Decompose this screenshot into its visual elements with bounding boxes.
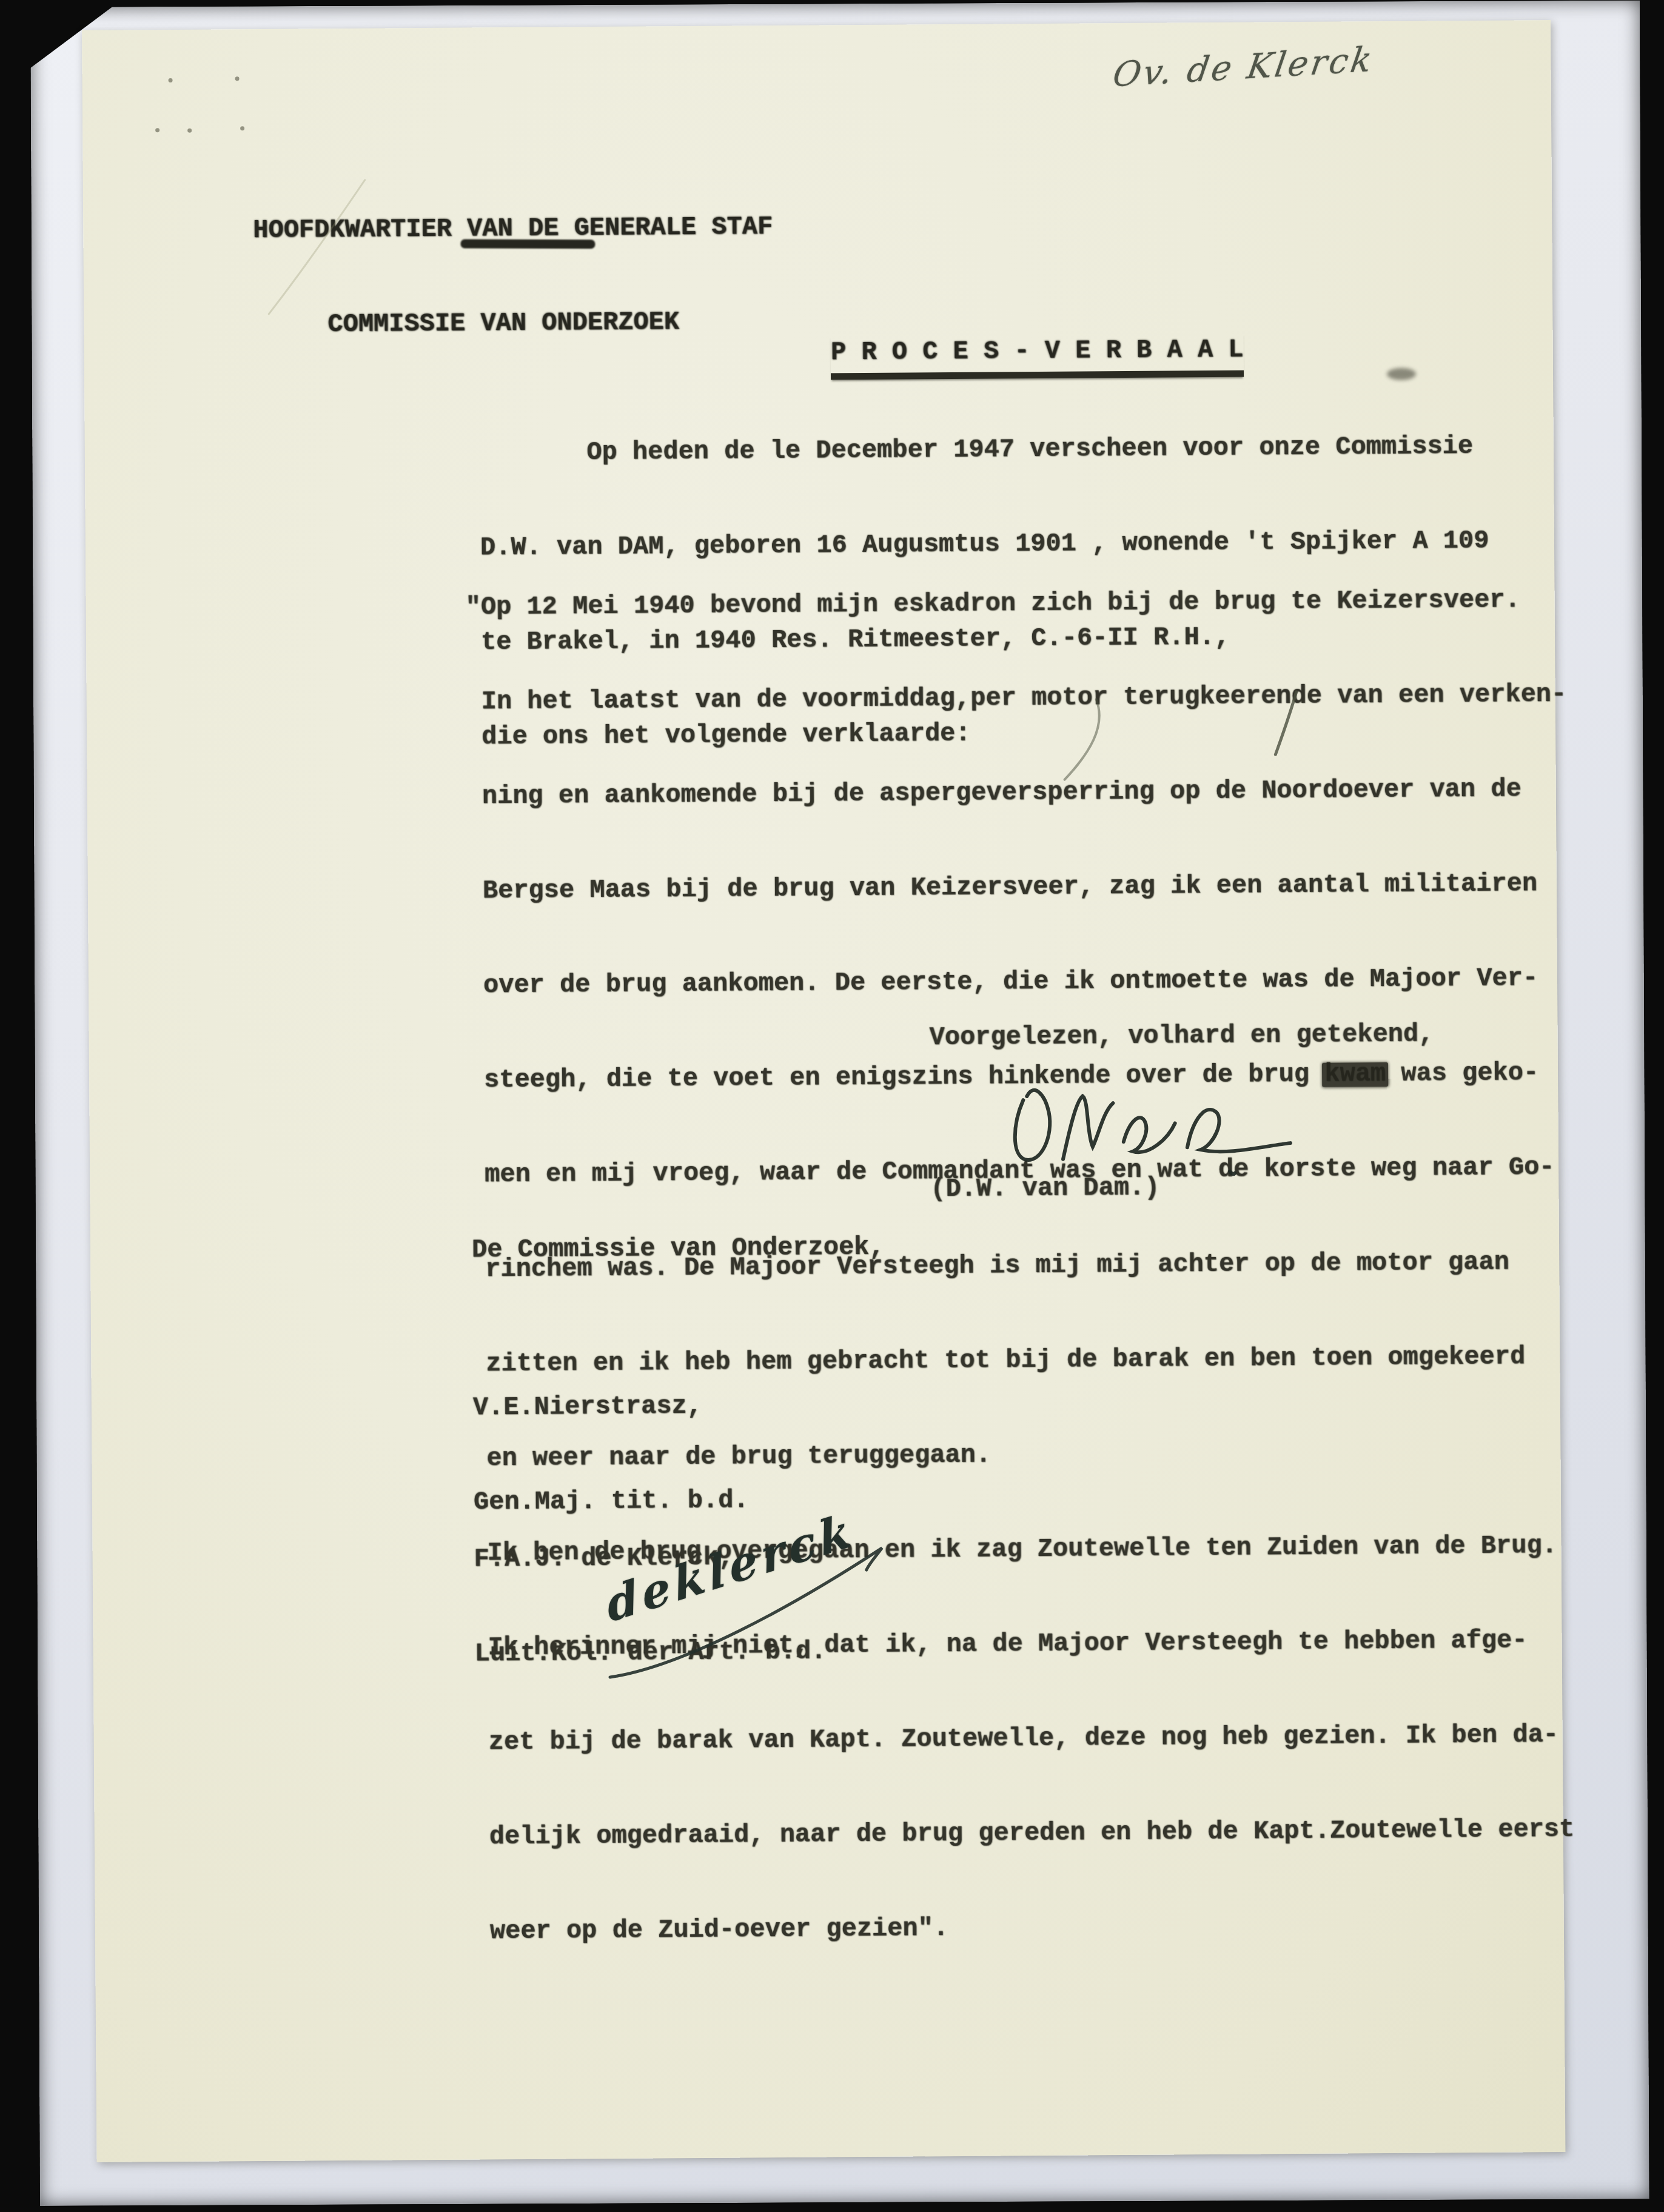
document-paper: Ov. de Klerck HOOFDKWARTIER VAN DE GENER… [82, 20, 1565, 2162]
scanned-photo: { "colors": { "background": "#0b0b0b", "… [0, 0, 1664, 2212]
photo-backdrop: Ov. de Klerck HOOFDKWARTIER VAN DE GENER… [0, 0, 1664, 2212]
pencil-marks-icon [82, 20, 1565, 2162]
